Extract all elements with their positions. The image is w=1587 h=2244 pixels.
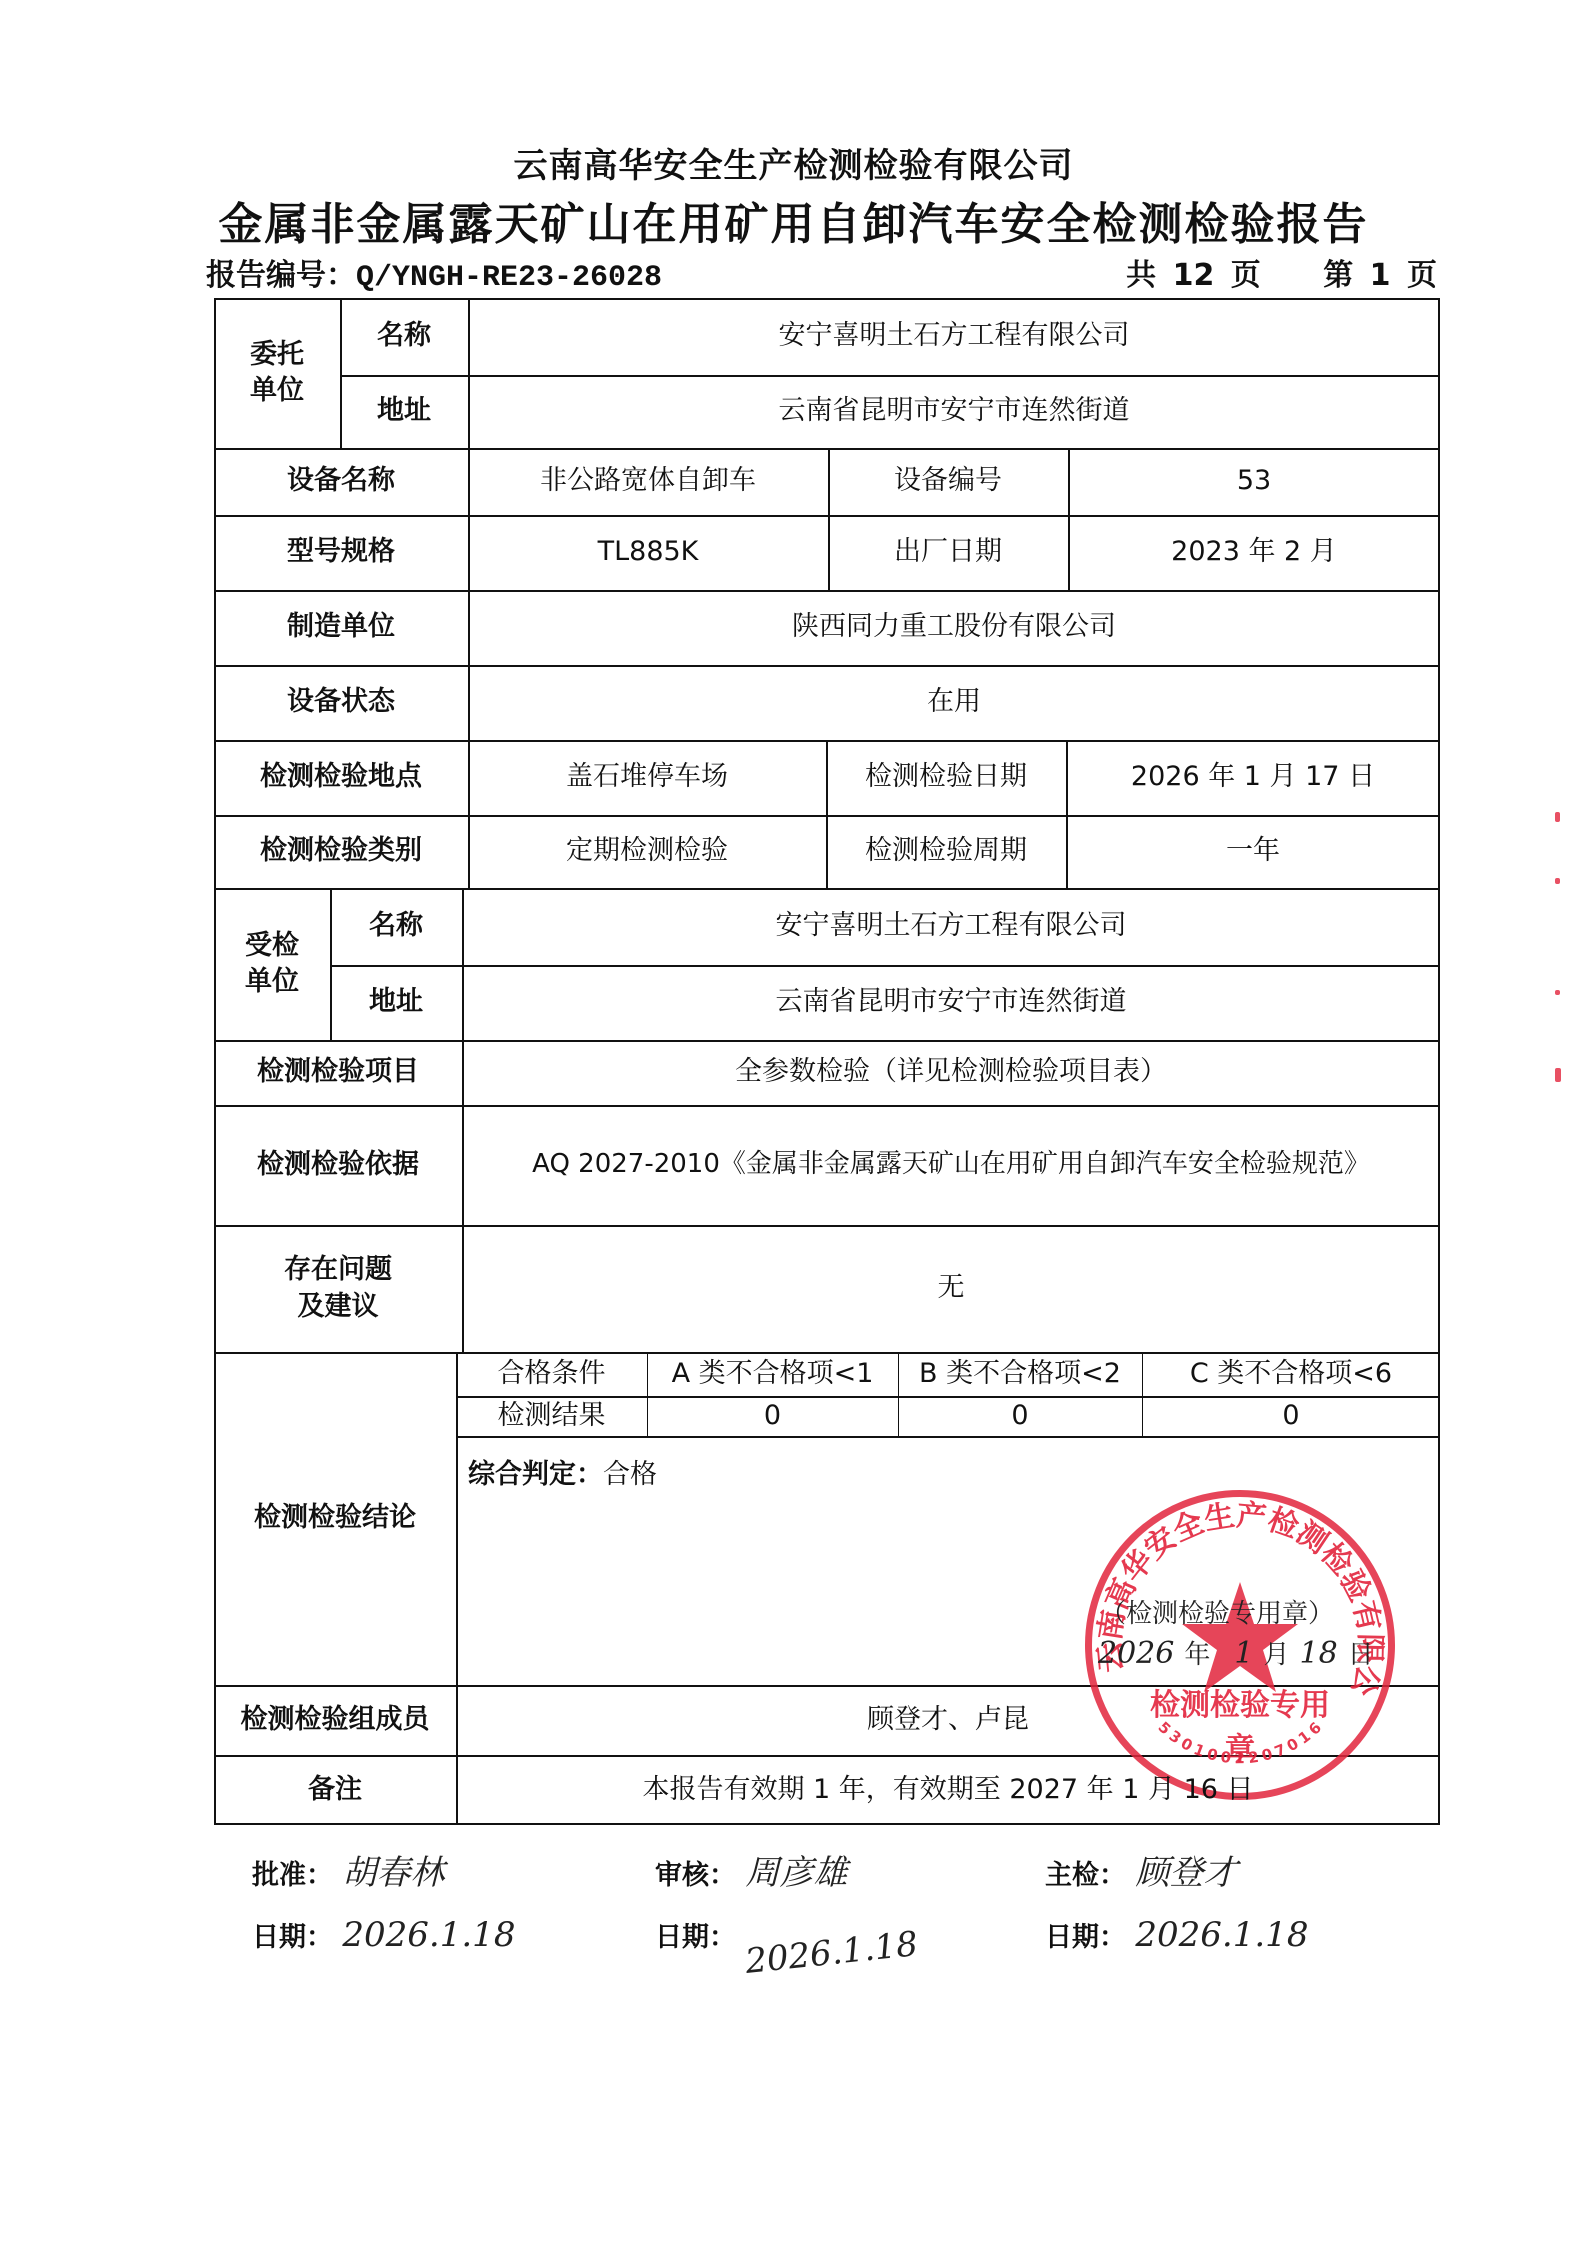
total-pages: 共 12 页 [1126, 258, 1261, 293]
model-value: TL885K [468, 515, 828, 590]
approve-date-row: 日期： 2026.1.18 [252, 1915, 515, 1955]
inspected-unit-name: 安宁喜明土石方工程有限公司 [462, 888, 1440, 965]
report-title: 金属非金属露天矿山在用矿用自卸汽车安全检测检验报告 [0, 188, 1587, 252]
criteria-header-label: 合格条件 [456, 1352, 647, 1396]
stamp-day: 18 [1299, 1636, 1337, 1671]
inspected-unit-group-label: 受检 单位 [214, 888, 330, 1040]
approve-label: 批准： [252, 1860, 333, 1891]
stamp-year-unit: 年 [1184, 1634, 1210, 1671]
items-value: 全参数检验（详见检测检验项目表） [462, 1040, 1440, 1105]
client-name: 安宁喜明土石方工程有限公司 [468, 298, 1440, 375]
company-name: 云南高华安全生产检测检验有限公司 [0, 138, 1587, 187]
chief-date: 2026.1.18 [1135, 1915, 1308, 1955]
inspection-date-label: 检测检验日期 [826, 740, 1066, 815]
chief-label: 主检： [1045, 1860, 1126, 1891]
items-label: 检测检验项目 [214, 1040, 462, 1105]
criteria-a: A 类不合格项<1 [647, 1352, 898, 1396]
location-value: 盖石堆停车场 [468, 740, 826, 815]
approve-name: 胡春林 [342, 1853, 444, 1893]
chief-signature: 主检： 顾登才 [1045, 1845, 1237, 1894]
approve-signature: 批准： 胡春林 [252, 1845, 444, 1894]
inspected-unit-address: 云南省昆明市安宁市连然街道 [462, 965, 1440, 1040]
equipment-name-label: 设备名称 [214, 448, 468, 515]
category-label: 检测检验类别 [214, 815, 468, 888]
verdict-label: 综合判定： [468, 1459, 603, 1490]
model-label: 型号规格 [214, 515, 468, 590]
result-row-label: 检测结果 [456, 1396, 647, 1436]
inspection-date: 2026 年 1 月 17 日 [1066, 740, 1440, 815]
factory-date-label: 出厂日期 [828, 515, 1068, 590]
inspected-unit-address-label: 地址 [330, 965, 462, 1040]
cycle-label: 检测检验周期 [826, 815, 1066, 888]
review-date: 2026.1.18 [744, 1924, 920, 1982]
current-page: 第 1 页 [1323, 258, 1437, 293]
report-number-label: 报告编号： [206, 258, 356, 293]
stamp-caption: （检测检验专用章） [1100, 1593, 1334, 1630]
basis-label: 检测检验依据 [214, 1105, 462, 1225]
equipment-number-label: 设备编号 [828, 448, 1068, 515]
equipment-number: 53 [1068, 448, 1440, 515]
manufacturer: 陕西同力重工股份有限公司 [468, 590, 1440, 665]
approve-date-label: 日期： [252, 1922, 333, 1953]
chief-date-row: 日期： 2026.1.18 [1045, 1915, 1308, 1955]
verdict-value: 合格 [603, 1459, 657, 1490]
inspected-unit-name-label: 名称 [330, 888, 462, 965]
result-c: 0 [1142, 1396, 1440, 1436]
status-value: 在用 [468, 665, 1440, 740]
review-signature: 审核： 周彦雄 [655, 1845, 847, 1894]
seam-seal-mark [1555, 878, 1560, 884]
equipment-name: 非公路宽体自卸车 [468, 448, 828, 515]
review-date-label: 日期： [655, 1922, 736, 1953]
issues-label: 存在问题 及建议 [214, 1225, 462, 1352]
client-address: 云南省昆明市安宁市连然街道 [468, 375, 1440, 448]
factory-date: 2023 年 2 月 [1068, 515, 1440, 590]
remarks-label: 备注 [214, 1755, 456, 1825]
cycle-value: 一年 [1066, 815, 1440, 888]
stamp-month: 1 [1234, 1636, 1253, 1671]
chief-date-label: 日期： [1045, 1922, 1126, 1953]
criteria-c: C 类不合格项<6 [1142, 1352, 1440, 1396]
client-name-label: 名称 [340, 298, 468, 375]
location-label: 检测检验地点 [214, 740, 468, 815]
criteria-b: B 类不合格项<2 [898, 1352, 1142, 1396]
manufacturer-label: 制造单位 [214, 590, 468, 665]
members-value: 顾登才、卢昆 [456, 1685, 1440, 1755]
review-label: 审核： [655, 1860, 736, 1891]
stamp-year: 2026 [1098, 1636, 1174, 1671]
chief-name: 顾登才 [1135, 1853, 1237, 1893]
approve-date: 2026.1.18 [342, 1915, 515, 1955]
stamp-date: 2026 年 1 月 18 日 [1098, 1634, 1374, 1671]
report-number-value: Q/YNGH-RE23-26028 [356, 261, 662, 295]
review-name: 周彦雄 [745, 1853, 847, 1893]
basis-value: AQ 2027-2010《金属非金属露天矿山在用矿用自卸汽车安全检验规范》 [462, 1105, 1440, 1225]
members-label: 检测检验组成员 [214, 1685, 456, 1755]
seam-seal-mark [1555, 990, 1560, 995]
client-group-label: 委托 单位 [214, 298, 340, 448]
page-indicator: 共 12 页 第 1 页 [1118, 250, 1437, 294]
status-label: 设备状态 [214, 665, 468, 740]
seam-seal-mark [1555, 812, 1560, 822]
remarks-value: 本报告有效期 1 年，有效期至 2027 年 1 月 16 日 [456, 1755, 1440, 1825]
verdict: 综合判定：合格 [468, 1452, 657, 1491]
seam-seal-mark [1555, 1068, 1561, 1082]
review-date-row: 日期： 2026.1.18 [655, 1915, 918, 1955]
report-number: 报告编号：Q/YNGH-RE23-26028 [206, 250, 662, 295]
issues-value: 无 [462, 1225, 1440, 1352]
result-b: 0 [898, 1396, 1142, 1436]
client-address-label: 地址 [340, 375, 468, 448]
stamp-day-unit: 日 [1348, 1634, 1374, 1671]
divider [456, 1436, 1440, 1438]
category-value: 定期检测检验 [468, 815, 826, 888]
conclusion-label: 检测检验结论 [214, 1352, 456, 1685]
result-a: 0 [647, 1396, 898, 1436]
stamp-month-unit: 月 [1263, 1634, 1289, 1671]
